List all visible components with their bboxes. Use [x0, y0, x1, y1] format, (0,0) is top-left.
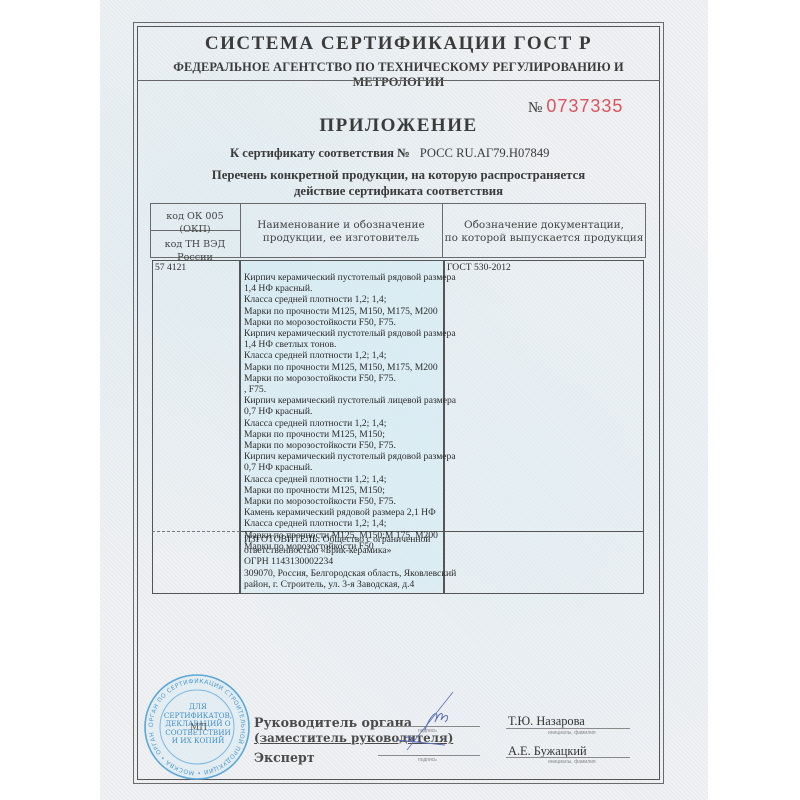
product-line: Кирпич керамический пустотелый рядовой р… [244, 451, 456, 462]
product-line: Марки по морозостойкости F50, F75. [244, 373, 456, 384]
product-line: Кирпич керамический пустотелый лицевой р… [244, 395, 456, 406]
list-title: Перечень конкретной продукции, на котору… [137, 167, 660, 199]
product-line: Класса средней плотности 1,2; 1,4; [244, 418, 456, 429]
document-title: ПРИЛОЖЕНИЕ [137, 115, 660, 137]
header-docs-line2: по которой выпускается продукция [442, 232, 646, 245]
product-line: Класса средней плотности 1,2; 1,4; [244, 518, 456, 529]
stamp-mp-mark: МП [190, 723, 207, 733]
manufacturer-line: район, г. Строитель, ул. 3-я Заводская, … [244, 579, 456, 590]
number-sign: № [528, 100, 542, 116]
list-title-line-1: Перечень конкретной продукции, на котору… [137, 167, 660, 183]
product-line: Марки по прочности М125, М150; [244, 485, 456, 496]
product-line: 1,4 НФ светлых тонов. [244, 339, 456, 350]
product-line: Кирпич керамический пустотелый рядовой р… [244, 272, 456, 283]
product-line: 0,7 НФ красный. [244, 406, 456, 417]
manufacturer-line: ИЗГОТОВИТЕЛЬ: Общество с ограниченной [244, 534, 456, 545]
head-name: Т.Ю. Назарова [508, 714, 585, 729]
head-name-line [506, 728, 630, 729]
certificate-reference: К сертификату соответствия №РОСС RU.АГ79… [230, 146, 549, 161]
list-title-line-2: действие сертификата соответствия [137, 183, 660, 199]
cert-prefix: К сертификату соответствия № [230, 146, 410, 160]
product-line: Марки по прочности М125, М150, М175, М20… [244, 306, 456, 317]
header-product-name-line1: Наименование и обозначение [240, 219, 442, 232]
blank-number-value: 0737335 [546, 96, 623, 116]
cert-number: РОСС RU.АГ79.Н07849 [420, 146, 550, 160]
manufacturer-line: ответственностью «Брик-керамика» [244, 545, 456, 556]
system-title: СИСТЕМА СЕРТИФИКАЦИИ ГОСТ Р [137, 33, 660, 55]
product-line: Марки по прочности М125, М150; [244, 429, 456, 440]
product-line: Марки по морозостойкости F50, F75. [244, 440, 456, 451]
product-line: 1,4 НФ красный. [244, 283, 456, 294]
product-line: Класса средней плотности 1,2; 1,4; [244, 350, 456, 361]
product-description: Кирпич керамический пустотелый рядовой р… [244, 272, 456, 552]
signature-scribble [395, 690, 475, 755]
expert-name-line [506, 757, 630, 758]
product-line: Камень керамический рядовой размера 2,1 … [244, 507, 456, 518]
product-line: Класса средней плотности 1,2; 1,4; [244, 294, 456, 305]
product-line: Марки по морозостойкости F50, F75. [244, 496, 456, 507]
product-line: Марки по морозостойкости F50, F75. [244, 317, 456, 328]
header-docs-line1: Обозначение документации, [442, 219, 646, 232]
product-code: 57 4121 [155, 262, 186, 273]
header-documentation: Обозначение документации, по которой вып… [442, 219, 646, 245]
product-line: Класса средней плотности 1,2; 1,4; [244, 474, 456, 485]
expert-signature-line [378, 755, 480, 756]
product-line: 0,7 НФ красный. [244, 462, 456, 473]
manufacturer-info: ИЗГОТОВИТЕЛЬ: Общество с ограниченнойотв… [244, 534, 456, 590]
blank-number: №0737335 [528, 96, 623, 117]
code-column [152, 260, 240, 594]
header-product-name-line2: продукции, ее изготовитель [240, 232, 442, 245]
header-product-name: Наименование и обозначение продукции, ее… [240, 219, 442, 245]
expert-label: Эксперт [254, 750, 315, 765]
head-label: Руководитель органа [254, 715, 412, 730]
header-divider [137, 80, 660, 81]
product-standard: ГОСТ 530-2012 [447, 262, 511, 273]
manufacturer-line: ОГРН 1143130002234 [244, 556, 456, 567]
docs-column [444, 260, 644, 594]
stamp-line-5: И ИХ КОПИЙ [160, 737, 236, 746]
expert-name-caption: инициалы, фамилия [548, 759, 596, 765]
product-line: , F75. [244, 384, 456, 395]
expert-signature-caption: подпись [418, 757, 437, 763]
product-line: Кирпич керамический пустотелый рядовой р… [244, 328, 456, 339]
manufacturer-line: 309070, Россия, Белгородская область, Як… [244, 568, 456, 579]
product-line: Марки по прочности М125, М150, М175, М20… [244, 362, 456, 373]
code-row-divider [152, 531, 240, 532]
header-code-okp: код ОК 005 (ОКП) [150, 210, 240, 236]
agency-subtitle: ФЕДЕРАЛЬНОЕ АГЕНТСТВО ПО ТЕХНИЧЕСКОМУ РЕ… [137, 60, 660, 90]
head-name-caption: инициалы, фамилия [548, 730, 596, 736]
